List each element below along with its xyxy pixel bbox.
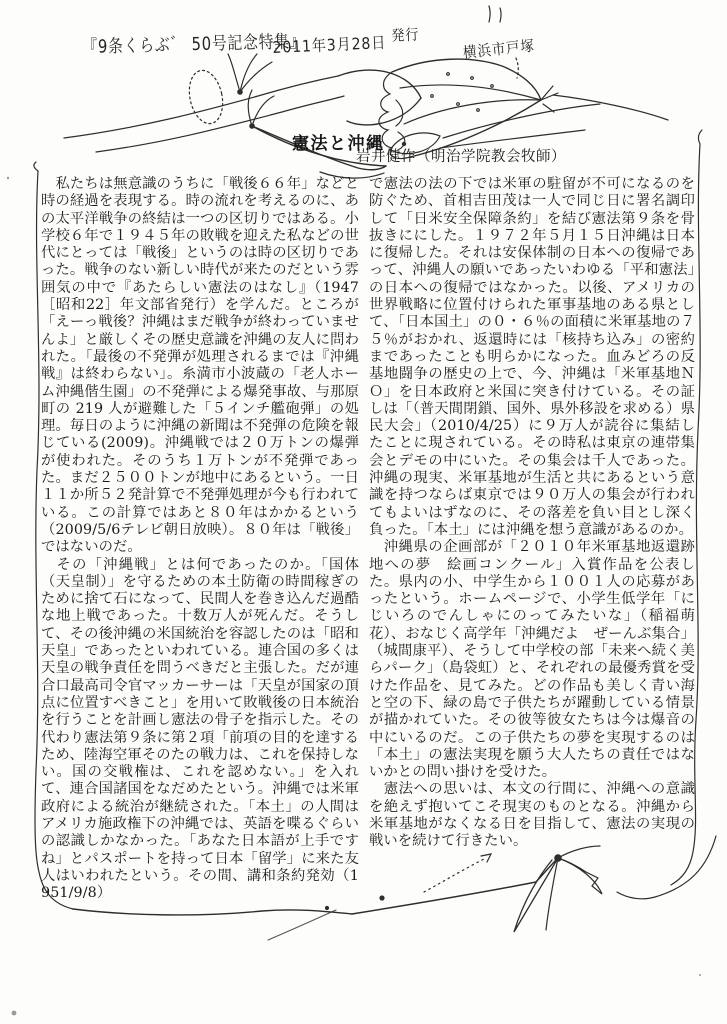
- paragraph-right-3: 憲法への思いは、本文の行間に、沖縄への意識を絶えず抱いてこそ現実のものとなる。沖…: [369, 781, 695, 850]
- paragraph-right-1: で憲法の法の下では米軍の駐留が不可になるのを防ぐため、首相吉田茂は一人で同じ日に…: [369, 176, 695, 539]
- scanned-newsletter-page: 『9条くらぶ゛ 50号記念特集』 2011年3月28日 発行 横浜市戸塚 憲法と…: [0, 0, 727, 1024]
- leaf-moth-sketch-top-right: [379, 59, 668, 158]
- right-column: で憲法の法の下では米軍の駐留が不可になるのを防ぐため、首相吉田茂は一人で同じ日に…: [369, 176, 695, 851]
- handwritten-name-note: 横浜市戸塚: [462, 34, 536, 62]
- handwritten-published-text: 発行: [391, 26, 420, 45]
- article-author: 岩井健作（明治学院教会牧師）: [356, 145, 566, 166]
- paragraph-right-2: 沖縄県の企画部が「２０１０年米軍基地返還跡地への夢 絵画コンクール」入賞作品を公…: [369, 539, 695, 781]
- handwritten-date-text: 2011年3月28日: [272, 33, 386, 57]
- left-column: 私たちは無意識のうちに「戦後６６年」などと時の経過を表現する。時の流れを考えるの…: [41, 176, 359, 902]
- paragraph-left-2: その「沖縄戦」とは何であったのか。「国体（天皇制）」を守るための本土防衛の時間稼…: [41, 557, 359, 903]
- paragraph-left-1: 私たちは無意識のうちに「戦後６６年」などと時の経過を表現する。時の流れを考えるの…: [41, 176, 359, 557]
